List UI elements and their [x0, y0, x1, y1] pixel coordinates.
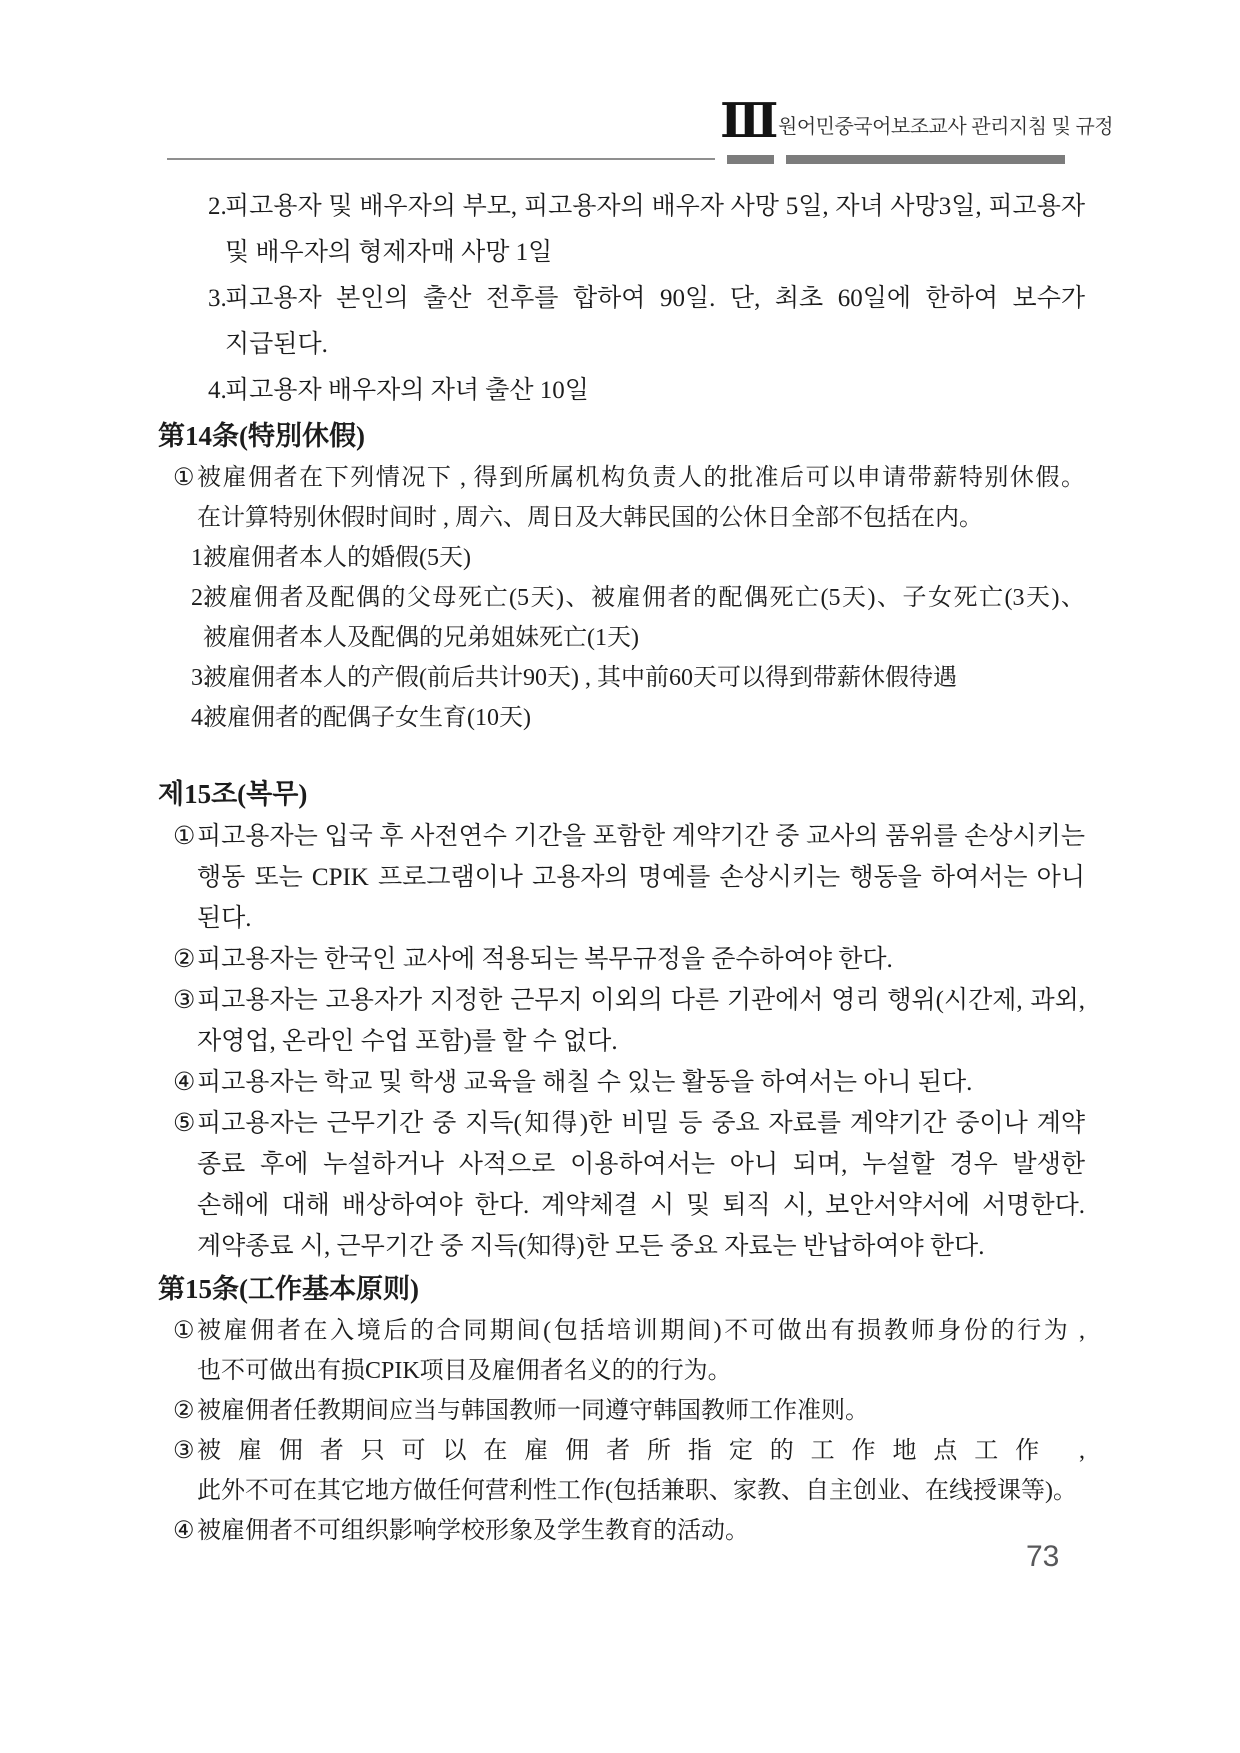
list-item-number: 2.	[208, 184, 227, 230]
list-item-text: 피고용자 및 배우자의 부모, 피고용자의 배우자 사망 5일, 자녀 사망3일…	[225, 184, 1085, 276]
clause-number: ①	[173, 1311, 195, 1351]
clause-text: 피고용자는 학교 및 학생 교육을 해칠 수 있는 활동을 하여서는 아니 된다…	[197, 1062, 1085, 1103]
sub-item-text: 被雇佣者的配偶子女生育(10天)	[203, 698, 1085, 738]
clause-text: 被雇佣者在下列情况下 , 得到所属机构负责人的批准后可以申请带薪特别休假。在计算…	[197, 458, 1085, 538]
section-heading: 第15条(工作基本原则)	[158, 1267, 1085, 1311]
sub-item-number: 2.	[191, 578, 209, 618]
clause-item: ② 피고용자는 한국인 교사에 적용되는 복무규정을 준수하여야 한다.	[155, 939, 1085, 980]
section-heading: 第14条(特別休假)	[158, 414, 1085, 458]
sub-item-text: 被雇佣者本人的产假(前后共计90天) , 其中前60天可以得到带薪休假待遇	[203, 658, 1085, 698]
clause-number: ⑤	[173, 1103, 195, 1144]
clause-text: 被雇佣者只可以在雇佣者所指定的工作地点工作 , 此外不可在其它地方做任何营利性工…	[197, 1431, 1085, 1511]
list-item: 4. 피고용자 배우자의 자녀 출산 10일	[155, 368, 1085, 414]
clause-number: ②	[173, 1391, 195, 1431]
clause-number: ②	[173, 939, 195, 980]
clause-number: ④	[173, 1062, 195, 1103]
sub-item: 2. 被雇佣者及配偶的父母死亡(5天)、被雇佣者的配偶死亡(5天)、子女死亡(3…	[155, 578, 1085, 658]
header-rule	[167, 158, 715, 160]
list-item-text: 피고용자 본인의 출산 전후를 합하여 90일. 단, 최초 60일에 한하여 …	[225, 276, 1085, 368]
list-item: 3. 피고용자 본인의 출산 전후를 합하여 90일. 단, 최초 60일에 한…	[155, 276, 1085, 368]
section-heading: 제15조(복무)	[158, 772, 1085, 816]
sub-item-number: 3.	[191, 658, 209, 698]
clause-text: 피고용자는 입국 후 사전연수 기간을 포함한 계약기간 중 교사의 품위를 손…	[197, 816, 1085, 939]
sub-item-text: 被雇佣者本人的婚假(5天)	[203, 538, 1085, 578]
clause-item: ⑤ 피고용자는 근무기간 중 지득(知得)한 비밀 등 중요 자료를 계약기간 …	[155, 1103, 1085, 1267]
clause-number: ④	[173, 1511, 195, 1551]
clause-number: ③	[173, 980, 195, 1021]
sub-item: 3. 被雇佣者本人的产假(前后共计90天) , 其中前60天可以得到带薪休假待遇	[155, 658, 1085, 698]
sub-item-text: 被雇佣者及配偶的父母死亡(5天)、被雇佣者的配偶死亡(5天)、子女死亡(3天)、…	[203, 578, 1085, 658]
clause-item: ① 피고용자는 입국 후 사전연수 기간을 포함한 계약기간 중 교사의 품위를…	[155, 816, 1085, 939]
clause-text: 피고용자는 고용자가 지정한 근무지 이외의 다른 기관에서 영리 행위(시간제…	[197, 980, 1085, 1062]
list-item: 2. 피고용자 및 배우자의 부모, 피고용자의 배우자 사망 5일, 자녀 사…	[155, 184, 1085, 276]
document-page: Ⅲ 원어민중국어보조교사 관리지침 및 규정 2. 피고용자 및 배우자의 부모…	[0, 0, 1240, 1753]
clause-item: ③ 피고용자는 고용자가 지정한 근무지 이외의 다른 기관에서 영리 행위(시…	[155, 980, 1085, 1062]
clause-item: ② 被雇佣者任教期间应当与韩国教师一同遵守韩国教师工作准则。	[155, 1391, 1085, 1431]
clause-item: ③ 被雇佣者只可以在雇佣者所指定的工作地点工作 , 此外不可在其它地方做任何营利…	[155, 1431, 1085, 1511]
header-title: 원어민중국어보조교사 관리지침 및 규정	[778, 110, 1073, 139]
clause-text: 피고용자는 한국인 교사에 적용되는 복무규정을 준수하여야 한다.	[197, 939, 1085, 980]
sub-item-number: 4.	[191, 698, 209, 738]
clause-item: ④ 피고용자는 학교 및 학생 교육을 해칠 수 있는 활동을 하여서는 아니 …	[155, 1062, 1085, 1103]
header-bar-short	[727, 155, 774, 164]
header-bar-long	[786, 155, 1065, 164]
clause-text: 피고용자는 근무기간 중 지득(知得)한 비밀 등 중요 자료를 계약기간 중이…	[197, 1103, 1085, 1267]
page-number: 73	[1026, 1540, 1076, 1574]
sub-item: 4. 被雇佣者的配偶子女生育(10天)	[155, 698, 1085, 738]
clause-text: 被雇佣者不可组织影响学校形象及学生教育的活动。	[197, 1511, 1085, 1551]
list-item-text: 피고용자 배우자의 자녀 출산 10일	[225, 368, 1085, 414]
list-item-number: 3.	[208, 276, 227, 322]
chapter-numeral: Ⅲ	[720, 92, 778, 152]
clause-number: ①	[173, 816, 195, 857]
sub-item-number: 1.	[191, 538, 209, 578]
clause-item: ④ 被雇佣者不可组织影响学校形象及学生教育的活动。	[155, 1511, 1085, 1551]
clause-item: ① 被雇佣者在入境后的合同期间(包括培训期间)不可做出有损教师身份的行为 , 也…	[155, 1311, 1085, 1391]
clause-number: ③	[173, 1431, 195, 1471]
sub-item: 1. 被雇佣者本人的婚假(5天)	[155, 538, 1085, 578]
clause-number: ①	[173, 458, 195, 498]
document-body: 2. 피고용자 및 배우자의 부모, 피고용자의 배우자 사망 5일, 자녀 사…	[155, 184, 1085, 1551]
clause-text: 被雇佣者任教期间应当与韩国教师一同遵守韩国教师工作准则。	[197, 1391, 1085, 1431]
clause-text: 被雇佣者在入境后的合同期间(包括培训期间)不可做出有损教师身份的行为 , 也不可…	[197, 1311, 1085, 1391]
clause-item: ① 被雇佣者在下列情况下 , 得到所属机构负责人的批准后可以申请带薪特别休假。在…	[155, 458, 1085, 538]
list-item-number: 4.	[208, 368, 227, 414]
